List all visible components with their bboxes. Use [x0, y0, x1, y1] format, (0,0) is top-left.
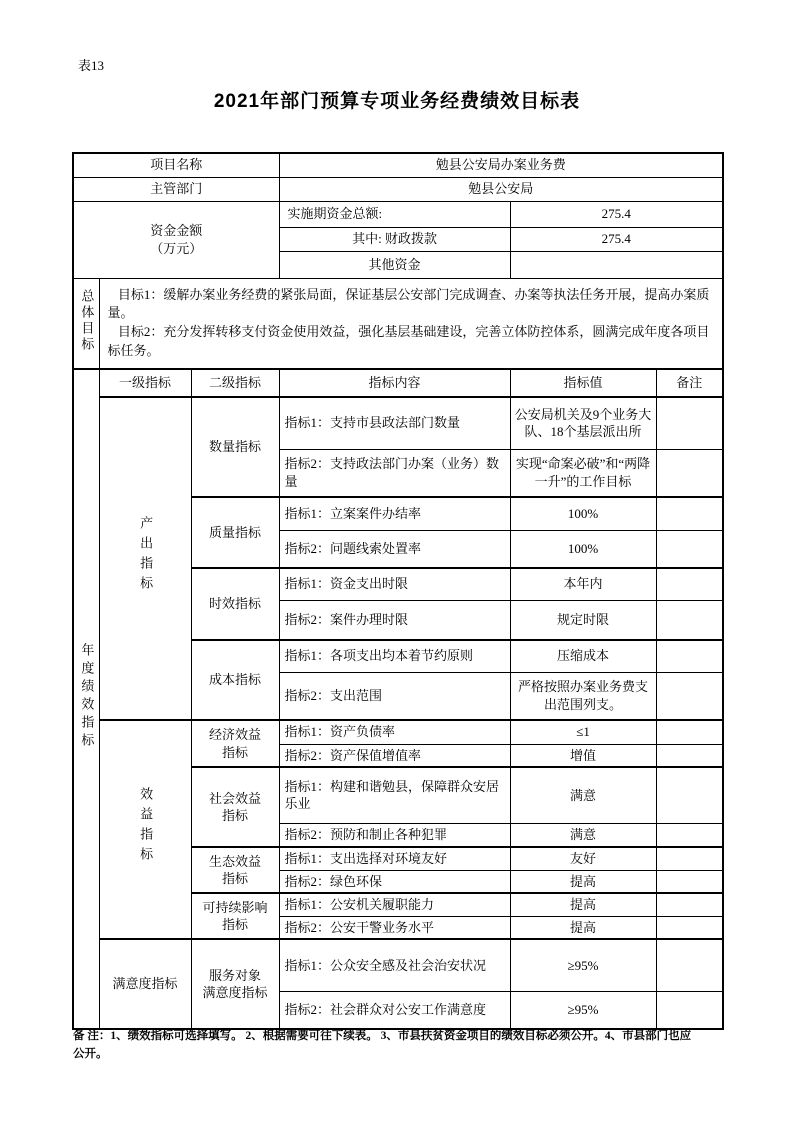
indicator-content: 指标2：支持政法部门办案（业务）数量	[279, 449, 510, 497]
indicator-value: 压缩成本	[510, 640, 656, 672]
annual-indicator-side-cell: 年度绩效指标	[73, 369, 99, 1029]
department-label: 主管部门	[73, 177, 279, 201]
indicator-note	[656, 640, 723, 672]
fund-other-label: 其他资金	[279, 251, 510, 278]
overall-goal-text-cell: 目标1：缓解办案业务经费的紧张局面，保证基层公安部门完成调查、办案等执法任务开展…	[99, 278, 723, 369]
indicator-value: 公安局机关及9个业务大队、18个基层派出所	[510, 397, 656, 449]
indicator-value: 本年内	[510, 568, 656, 600]
level2-ecological-label: 生态效益 指标	[191, 847, 279, 893]
indicator-content: 指标1：立案案件办结率	[279, 497, 510, 530]
indicator-content: 指标1：各项支出均本着节约原则	[279, 640, 510, 672]
level2-timeliness-label: 时效指标	[191, 568, 279, 640]
indicator-note	[656, 672, 723, 720]
header-value: 指标值	[510, 369, 656, 397]
footnote: 备 注：1、绩效指标可选择填写。 2、根据需要可往下续表。 3、市县扶贫资金项目…	[73, 1028, 728, 1064]
indicator-content: 指标1：资产负债率	[279, 720, 510, 744]
indicator-value: 满意	[510, 767, 656, 823]
indicator-content: 指标2：社会群众对公安工作满意度	[279, 991, 510, 1029]
indicator-content: 指标2：案件办理时限	[279, 600, 510, 640]
indicator-note	[656, 939, 723, 991]
indicator-value: 满意	[510, 823, 656, 847]
fund-amount-label: 资金金额 （万元）	[73, 201, 279, 278]
table-row: 效益指标 经济效益 指标 指标1：资产负债率 ≤1	[73, 720, 723, 744]
table-row: 满意度指标 服务对象 满意度指标 指标1：公众安全感及社会治安状况 ≥95%	[73, 939, 723, 991]
indicator-note	[656, 916, 723, 939]
level2-economic-label: 经济效益 指标	[191, 720, 279, 767]
header-content: 指标内容	[279, 369, 510, 397]
fund-fiscal-label: 其中: 财政拨款	[279, 227, 510, 251]
indicator-content: 指标2：资产保值增值率	[279, 744, 510, 767]
level2-cost-label: 成本指标	[191, 640, 279, 720]
level1-benefit-cell: 效益指标	[99, 720, 191, 939]
indicator-note	[656, 449, 723, 497]
indicator-content: 指标1：构建和谐勉县，保障群众安居乐业	[279, 767, 510, 823]
indicator-note	[656, 568, 723, 600]
indicator-value: 100%	[510, 530, 656, 568]
overall-goal-label-cell: 总体目标	[73, 278, 99, 369]
indicator-value: 规定时限	[510, 600, 656, 640]
indicator-note	[656, 870, 723, 893]
indicator-note	[656, 600, 723, 640]
level1-output-label: 产出指标	[138, 516, 152, 596]
indicator-value: 严格按照办案业务费支出范围列支。	[510, 672, 656, 720]
indicator-content: 指标1：支出选择对环境友好	[279, 847, 510, 870]
indicator-content: 指标2：预防和制止各种犯罪	[279, 823, 510, 847]
level2-social-label: 社会效益 指标	[191, 767, 279, 847]
annual-indicator-side-label: 年度绩效指标	[79, 643, 93, 751]
indicator-note	[656, 497, 723, 530]
level2-sustainable-label: 可持续影响 指标	[191, 893, 279, 939]
row-fund-total: 资金金额 （万元） 实施期资金总额: 275.4	[73, 201, 723, 227]
indicator-note	[656, 744, 723, 767]
indicator-content: 指标1：公众安全感及社会治安状况	[279, 939, 510, 991]
indicator-note	[656, 530, 723, 568]
indicator-value: ≥95%	[510, 939, 656, 991]
indicator-note	[656, 847, 723, 870]
level1-output-cell: 产出指标	[99, 397, 191, 720]
indicator-value: ≤1	[510, 720, 656, 744]
header-note: 备注	[656, 369, 723, 397]
row-indicator-header: 年度绩效指标 一级指标 二级指标 指标内容 指标值 备注	[73, 369, 723, 397]
indicator-content: 指标2：绿色环保	[279, 870, 510, 893]
level2-quantity-label: 数量指标	[191, 397, 279, 497]
table-row: 产出指标 数量指标 指标1：支持市县政法部门数量 公安局机关及9个业务大队、18…	[73, 397, 723, 449]
fund-total-value: 275.4	[510, 201, 723, 227]
indicator-note	[656, 397, 723, 449]
fund-fiscal-value: 275.4	[510, 227, 723, 251]
level2-service-satisfaction-label: 服务对象 满意度指标	[191, 939, 279, 1029]
indicator-note	[656, 767, 723, 823]
indicator-value: 提高	[510, 893, 656, 916]
project-name-value: 勉县公安局办案业务费	[279, 153, 723, 177]
table-number-label: 表13	[78, 55, 104, 74]
goal-1-text: 目标1：缓解办案业务经费的紧张局面，保证基层公安部门完成调查、办案等执法任务开展…	[108, 286, 715, 324]
level1-satisfaction-label: 满意度指标	[99, 939, 191, 1029]
row-department: 主管部门 勉县公安局	[73, 177, 723, 201]
page-title: 2021年部门预算专项业务经费绩效目标表	[72, 86, 722, 113]
indicator-value: 提高	[510, 870, 656, 893]
overall-goal-label: 总体目标	[79, 289, 93, 353]
document-page: 表13 2021年部门预算专项业务经费绩效目标表 项目名称 勉县公安局办案业务费…	[0, 0, 793, 1122]
indicator-value: 友好	[510, 847, 656, 870]
indicator-note	[656, 823, 723, 847]
level1-benefit-label: 效益指标	[138, 787, 152, 867]
indicator-content: 指标2：支出范围	[279, 672, 510, 720]
indicator-value: 提高	[510, 916, 656, 939]
row-project-name: 项目名称 勉县公安局办案业务费	[73, 153, 723, 177]
indicator-note	[656, 893, 723, 916]
row-overall-goal: 总体目标 目标1：缓解办案业务经费的紧张局面，保证基层公安部门完成调查、办案等执…	[73, 278, 723, 369]
department-value: 勉县公安局	[279, 177, 723, 201]
project-name-label: 项目名称	[73, 153, 279, 177]
indicator-content: 指标2：公安干警业务水平	[279, 916, 510, 939]
indicator-value: ≥95%	[510, 991, 656, 1029]
header-level2: 二级指标	[191, 369, 279, 397]
goal-2-text: 目标2：充分发挥转移支付资金使用效益，强化基层基础建设，完善立体防控体系，圆满完…	[108, 323, 715, 361]
fund-other-value	[510, 251, 723, 278]
header-level1: 一级指标	[99, 369, 191, 397]
indicator-content: 指标1：支持市县政法部门数量	[279, 397, 510, 449]
fund-total-label: 实施期资金总额:	[279, 201, 510, 227]
indicator-value: 实现“命案必破”和“两降一升”的工作目标	[510, 449, 656, 497]
level2-quality-label: 质量指标	[191, 497, 279, 568]
indicator-content: 指标1：资金支出时限	[279, 568, 510, 600]
indicator-note	[656, 991, 723, 1029]
indicator-content: 指标2：问题线索处置率	[279, 530, 510, 568]
indicator-note	[656, 720, 723, 744]
indicator-value: 增值	[510, 744, 656, 767]
indicator-content: 指标1：公安机关履职能力	[279, 893, 510, 916]
performance-target-table: 项目名称 勉县公安局办案业务费 主管部门 勉县公安局 资金金额 （万元） 实施期…	[72, 152, 724, 1030]
indicator-value: 100%	[510, 497, 656, 530]
